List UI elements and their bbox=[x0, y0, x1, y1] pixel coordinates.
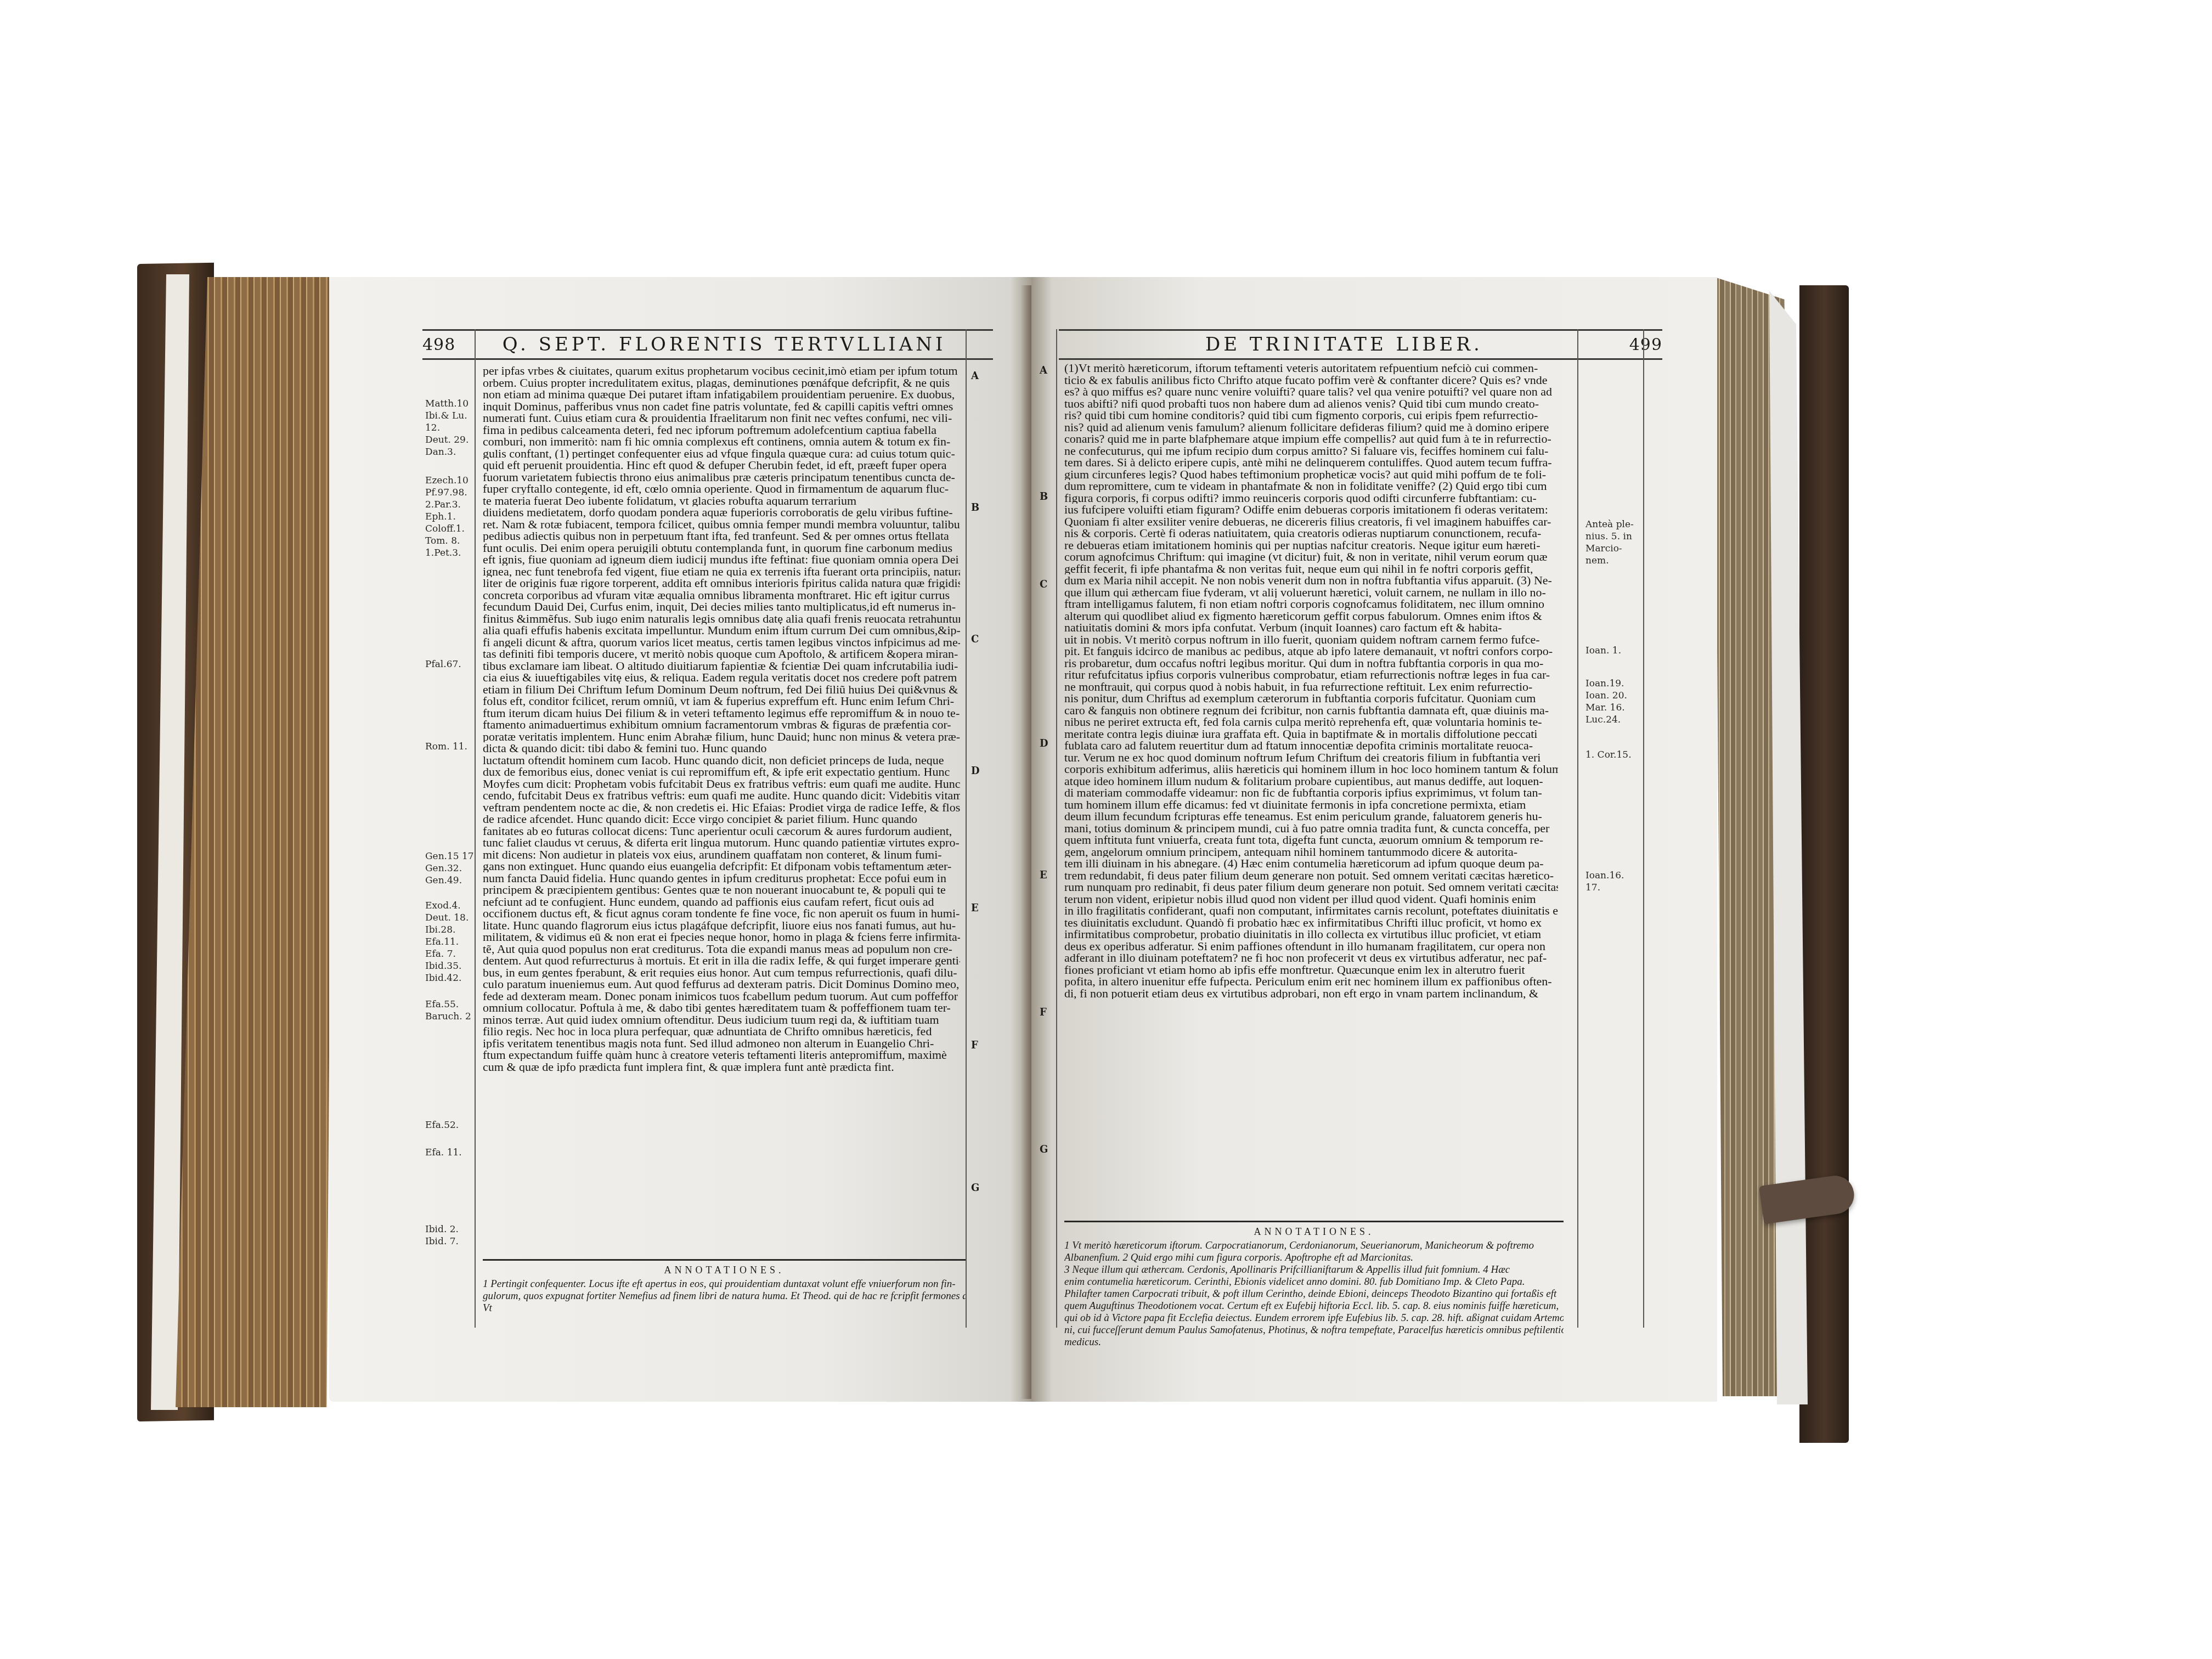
right-annotations: ANNOTATIONES. 1 Vt meritò hæreticorum if… bbox=[1064, 1221, 1564, 1348]
right-running-title: DE TRINITATE LIBER. bbox=[1059, 334, 1629, 356]
body-line: cendo, fufcitabit Deus ex fratribus veft… bbox=[483, 789, 960, 802]
margin-reference: Rom. 11. bbox=[425, 741, 467, 753]
margin-reference: Ibid.35. bbox=[425, 960, 461, 972]
body-line: inquit Dominus, pafferibus vnus non cade… bbox=[483, 400, 960, 413]
margin-reference: Tom. 8. bbox=[425, 535, 460, 547]
open-book: 498 Q. SEPT. FLORENTIS TERTVLLIANI Matth… bbox=[0, 0, 2212, 1659]
body-line: es? à quo miffus es? quare nunc venire v… bbox=[1064, 386, 1558, 398]
body-line: rum nunquam pro redinabit, fi deus pater… bbox=[1064, 881, 1558, 893]
body-line: infirmitatibus comprobetur, probatio diu… bbox=[1064, 928, 1558, 940]
margin-reference: Exod.4. bbox=[425, 900, 461, 912]
section-letter: D bbox=[1040, 738, 1048, 749]
body-line: ne confecuturus, qui me ipfum recipio du… bbox=[1064, 445, 1558, 457]
body-line: omnium collocatur. Poftula à me, & dabo … bbox=[483, 1002, 960, 1014]
section-letter: F bbox=[971, 1040, 978, 1051]
annotation-line: 3 Neque illum qui æthercam. Cerdonis, Ap… bbox=[1064, 1264, 1564, 1276]
body-line: filio regis. Nec hoc in loca plura perfe… bbox=[483, 1025, 960, 1037]
body-line: uit in nobis. Vt meritò corpus noftrum i… bbox=[1064, 634, 1558, 646]
body-line: liter de originis fuæ rigore torperent, … bbox=[483, 577, 960, 589]
body-line: dum ex Maria nihil accepit. Ne non nobis… bbox=[1064, 574, 1558, 586]
right-outer-rule bbox=[1643, 329, 1644, 1328]
body-line: ris probaretur, dum occafus noftri legib… bbox=[1064, 657, 1558, 669]
body-line: adferant in illo diuinam poteftatem? ne … bbox=[1064, 952, 1558, 964]
body-line: tum hominem illum effe dicamus: fed vt d… bbox=[1064, 799, 1558, 811]
body-line: mit dicens: Non audietur in plateis vox … bbox=[483, 849, 960, 861]
body-line: (1)Vt meritò hæreticorum, iftorum teftam… bbox=[1064, 362, 1558, 374]
body-line: mani, totius dominum & principem mundi, … bbox=[1064, 822, 1558, 834]
body-line: deus ex operibus adferatur. Si enim paff… bbox=[1064, 940, 1558, 952]
left-section-rule bbox=[966, 329, 967, 1328]
right-annotations-title: ANNOTATIONES. bbox=[1064, 1226, 1564, 1238]
margin-reference: 17. bbox=[1585, 882, 1600, 894]
margin-reference: Ezech.10 bbox=[425, 475, 469, 487]
margin-reference: Efa. 7. bbox=[425, 948, 456, 960]
margin-reference: Efa.55. bbox=[425, 998, 459, 1011]
body-line: tas definiti fibi temporis ducere, vt me… bbox=[483, 648, 960, 660]
left-margin-rule bbox=[475, 329, 476, 1328]
left-annotations-title: ANNOTATIONES. bbox=[483, 1264, 966, 1276]
margin-reference: Eph.1. bbox=[425, 511, 456, 523]
annotation-line: quem Auguftinus Theodotionem vocat. Cert… bbox=[1064, 1300, 1564, 1312]
body-line: orbem. Cuius propter incredulitatem exit… bbox=[483, 377, 960, 389]
body-line: ftamento animaduertimus exhibitum omnium… bbox=[483, 719, 960, 731]
body-line: di, fi non potuerit etiam deus ex virtut… bbox=[1064, 988, 1558, 1000]
body-line: fecundum Dauid Dei, Curfus enim, inquit,… bbox=[483, 601, 960, 613]
body-line: gans non extinguet. Hunc quando eius eua… bbox=[483, 860, 960, 872]
left-page: 498 Q. SEPT. FLORENTIS TERTVLLIANI Matth… bbox=[329, 277, 1031, 1402]
body-line: di materiam commodaffe videamur: non fic… bbox=[1064, 787, 1558, 799]
section-letter: F bbox=[1040, 1007, 1047, 1018]
margin-reference: 12. bbox=[425, 422, 440, 434]
margin-reference: Ibid.42. bbox=[425, 972, 461, 984]
section-letter: E bbox=[1040, 870, 1047, 881]
section-letter: A bbox=[1040, 365, 1047, 376]
body-line: gulis conftant, (1) pertinget confequent… bbox=[483, 448, 960, 460]
body-line: dentem. Aut quod refurrecturus à mortuis… bbox=[483, 955, 960, 967]
body-line: poratæ veritatis implentem. Hunc enim Ab… bbox=[483, 731, 960, 743]
body-line: Moyfes cum dicit: Prophetam vobis fufcit… bbox=[483, 778, 960, 790]
body-line: fima in pedibus calceamenta deteri, fed … bbox=[483, 424, 960, 436]
body-line: minos terræ. Aut quid iudex omnium often… bbox=[483, 1014, 960, 1026]
annotation-line: ni, cui fucceſſerunt demum Paulus Samofa… bbox=[1064, 1324, 1564, 1336]
body-line: etiam in filium Dei Chriftum Iefum Domin… bbox=[483, 684, 960, 696]
body-line: funt oculis. Dei enim opera peruigili ob… bbox=[483, 542, 960, 554]
section-letter: B bbox=[971, 502, 979, 513]
body-line: bus, in eum gentes fperabunt, & erit req… bbox=[483, 967, 960, 979]
right-cover-board bbox=[1799, 285, 1849, 1443]
body-line: ftram intelligamus falutem, fi non etiam… bbox=[1064, 598, 1558, 610]
margin-reference: Efa.11. bbox=[425, 936, 459, 948]
body-line: trem redundabit, fi deus pater filium de… bbox=[1064, 870, 1558, 882]
margin-reference: Ibid. 7. bbox=[425, 1235, 459, 1248]
body-line: caro & fanguis non obtinere regnum dei f… bbox=[1064, 704, 1558, 716]
body-line: principem & præcipientem gentibus: Gente… bbox=[483, 884, 960, 896]
body-line: fuorum varietatem fubiectis throno eius … bbox=[483, 471, 960, 483]
body-line: nis & corporis. Certè fi oderas natiuita… bbox=[1064, 527, 1558, 539]
body-line: nis ponitur, dum Chriftus ad exemplum cæ… bbox=[1064, 692, 1558, 704]
margin-reference: Pfal.67. bbox=[425, 658, 461, 670]
body-line: meritate contra legis diuinæ iura graffa… bbox=[1064, 728, 1558, 740]
body-line: fublata caro ad falutem reuertitur dum a… bbox=[1064, 740, 1558, 752]
body-line: pit. Et fanguis idcirco de manibus ac pe… bbox=[1064, 645, 1558, 657]
body-line: te materia fuerat Deo iubente folidatum,… bbox=[483, 495, 960, 507]
annotation-line: medicus. bbox=[1064, 1336, 1564, 1348]
margin-reference: Mar. 16. bbox=[1585, 702, 1625, 714]
body-line: ius fufcipere voluifti etiam figuram? Od… bbox=[1064, 504, 1558, 516]
body-line: tes diuinitatis excludunt. Quandò fi pro… bbox=[1064, 917, 1558, 929]
body-line: luctatum oftendit hominem cum Iacob. Hun… bbox=[483, 754, 960, 766]
margin-reference: Gen.49. bbox=[425, 874, 462, 887]
annotation-line: 1 Vt meritò hæreticorum iftorum. Carpocr… bbox=[1064, 1240, 1564, 1252]
body-line: Quoniam fi alter exsiliter venire debuer… bbox=[1064, 516, 1558, 528]
section-letter: E bbox=[971, 902, 979, 914]
body-line: quid eft peruenit prouidentia. Hinc eft … bbox=[483, 459, 960, 471]
body-line: occifionem ductus eft, & ficut agnus cor… bbox=[483, 907, 960, 919]
body-line: diuidens medietatem, dorfo quodam ponder… bbox=[483, 506, 960, 518]
margin-reference: Ibi.& Lu. bbox=[425, 410, 467, 422]
body-line: fiones proficiant vt etiam homo ab ipfis… bbox=[1064, 964, 1558, 976]
body-line: tur. Verum ne ex hoc quod dominum noftru… bbox=[1064, 752, 1558, 764]
section-letter: C bbox=[1040, 579, 1047, 590]
body-line: folus eft, conditor fcilicet, rerum omni… bbox=[483, 695, 960, 707]
left-annotations: ANNOTATIONES. 1 Pertingit confequenter. … bbox=[483, 1259, 966, 1314]
body-line: dux de femoribus eius, donec veniat is c… bbox=[483, 766, 960, 778]
margin-reference: Ibid. 2. bbox=[425, 1223, 459, 1235]
section-letter: G bbox=[1040, 1144, 1048, 1155]
body-line: dum repromittere, cum te videam in phant… bbox=[1064, 480, 1558, 492]
annotation-line: 1 Pertingit confequenter. Locus ifte eft… bbox=[483, 1278, 966, 1290]
body-line: num fancta Dauid fidelia. Hunc quando ge… bbox=[483, 872, 960, 884]
body-line: comburi, non immeritò: nam fi hic omnia … bbox=[483, 436, 960, 448]
body-line: gem, angelorum omnium principem, antequa… bbox=[1064, 846, 1558, 858]
body-line: litate. Hunc quando flagrorum eius ictus… bbox=[483, 919, 960, 932]
body-line: geffit fecerit, fi ipfe phantafma & non … bbox=[1064, 563, 1558, 575]
right-body-text: (1)Vt meritò hæreticorum, iftorum teftam… bbox=[1064, 362, 1558, 999]
margin-reference: Ioan.19. bbox=[1585, 678, 1624, 690]
body-line: eft ignis, fiue quoniam ad igneum diem i… bbox=[483, 554, 960, 566]
body-line: ignea, nec funt tenebrofa fed vigent, fi… bbox=[483, 566, 960, 578]
body-line: terum non vident, eripietur nobis illud … bbox=[1064, 893, 1558, 905]
left-body-text: per ipfas vrbes & ciuitates, quarum exit… bbox=[483, 365, 960, 1073]
body-line: ipfis veritatem tenentibus magis nota fu… bbox=[483, 1037, 960, 1049]
margin-reference: Matth.10 bbox=[425, 398, 469, 410]
body-line: fuper cryftallo contegente, id eft, cœlo… bbox=[483, 483, 960, 495]
margin-reference: Baruch. 2 bbox=[425, 1011, 471, 1023]
margin-reference: Efa.52. bbox=[425, 1119, 459, 1131]
body-line: pedibus adiectis quibus non in perpetuum… bbox=[483, 530, 960, 542]
margin-reference: Efa. 11. bbox=[425, 1147, 462, 1159]
margin-reference: 1. Cor.15. bbox=[1585, 749, 1632, 761]
body-line: fi angeli dicunt & aftra, quorum varios … bbox=[483, 636, 960, 648]
body-line: re debueras etiam imitationem hominis qu… bbox=[1064, 539, 1558, 551]
right-section-rule bbox=[1056, 329, 1057, 1328]
body-line: deum illum fecundum fcripturas effe tene… bbox=[1064, 810, 1558, 822]
body-line: ftum expectandum fuiffe quàm hunc à crea… bbox=[483, 1049, 960, 1061]
body-line: concreta corporibus ad vfuram vitæ æqual… bbox=[483, 589, 960, 601]
body-line: culo paratum inueniemus eum. Aut quod fe… bbox=[483, 978, 960, 990]
section-letter: C bbox=[971, 634, 979, 645]
left-running-head: 498 Q. SEPT. FLORENTIS TERTVLLIANI bbox=[422, 329, 993, 360]
body-line: nefciunt ad te confugient. Hunc eundem, … bbox=[483, 896, 960, 908]
body-line: non etiam ad minima quæque Dei putaret i… bbox=[483, 388, 960, 400]
annotation-line: qui ob id à Victore papa fit Ecclefia de… bbox=[1064, 1312, 1564, 1324]
body-line: corum agnofcimus Chriftum: qui imagine (… bbox=[1064, 551, 1558, 563]
body-line: tunc faliet claudus vt ceruus, & diferta… bbox=[483, 837, 960, 849]
body-line: veftram pendentem nocte ac die, & non cr… bbox=[483, 802, 960, 814]
margin-reference: Anteà ple- bbox=[1585, 518, 1634, 531]
section-letter: A bbox=[971, 370, 979, 382]
body-line: ris? quid tibi cum homine conditoris? qu… bbox=[1064, 409, 1558, 421]
body-line: de radice afcendet. Hunc quando dicit: E… bbox=[483, 813, 960, 825]
body-line: nis? quid ad alienum venis famulum? alie… bbox=[1064, 421, 1558, 433]
section-letter: B bbox=[1040, 491, 1048, 503]
body-line: tẽ, Aut quia quod populus non erat credi… bbox=[483, 943, 960, 955]
body-line: ret. Nam & rotæ fubiacent, tempora fcili… bbox=[483, 518, 960, 531]
right-page-number: 499 bbox=[1629, 335, 1662, 354]
body-line: nibus ne periret extructa eft, fed fola … bbox=[1064, 716, 1558, 728]
margin-reference: Ibi.28. bbox=[425, 924, 455, 936]
margin-reference: Gen.32. bbox=[425, 862, 462, 874]
body-line: ftum iterum dicam huius Dei filium & in … bbox=[483, 707, 960, 719]
margin-reference: Ioan. 1. bbox=[1585, 645, 1621, 657]
body-line: finitus &immẽfus. Sub iugo enim naturali… bbox=[483, 613, 960, 625]
body-line: per ipfas vrbes & ciuitates, quarum exit… bbox=[483, 365, 960, 377]
margin-reference: Gen.15 17 bbox=[425, 850, 474, 862]
body-line: pofita, in altero inuenitur effe fufpect… bbox=[1064, 975, 1558, 988]
right-page: DE TRINITATE LIBER. 499 Anteà ple-nius. … bbox=[1031, 277, 1717, 1402]
body-line: in illo fragilitatis confiderant, quafi … bbox=[1064, 905, 1558, 917]
margin-reference: nius. 5. in bbox=[1585, 531, 1632, 543]
body-line: que illum qui æthercam fiue fyderam, vt … bbox=[1064, 586, 1558, 599]
annotation-line: Philafter tamen Carpocrati tribuit, & po… bbox=[1064, 1288, 1564, 1300]
annotation-line: Vt bbox=[483, 1302, 966, 1314]
margin-reference: Ioan. 20. bbox=[1585, 690, 1627, 702]
body-line: fanitates ab eo futuras collocat dicens:… bbox=[483, 825, 960, 837]
body-line: ritur refufcitatus ipfius corporis vulne… bbox=[1064, 669, 1558, 681]
body-line: natiuitatis domini & mors ipfa confutat.… bbox=[1064, 622, 1558, 634]
margin-reference: Deut. 18. bbox=[425, 912, 469, 924]
margin-reference: 1.Pet.3. bbox=[425, 547, 461, 559]
body-line: cum & quæ de ipfo prædicta funt implera … bbox=[483, 1061, 960, 1073]
body-line: dicta & quando dicit: tibi dabo & femini… bbox=[483, 742, 960, 754]
body-line: figura corporis, fi corpus odifti? immo … bbox=[1064, 492, 1558, 504]
left-running-title: Q. SEPT. FLORENTIS TERTVLLIANI bbox=[455, 334, 993, 356]
body-line: conaris? quid me in parte blafphemare at… bbox=[1064, 433, 1558, 445]
body-line: alia quafi effufis habenis excitata impe… bbox=[483, 624, 960, 636]
left-annotation-lines: 1 Pertingit confequenter. Locus ifte eft… bbox=[483, 1278, 966, 1314]
left-page-number: 498 bbox=[422, 335, 455, 354]
body-line: atque ideo hominem illum nudum & folitar… bbox=[1064, 775, 1558, 787]
body-line: fede ad dexteram meam. Donec ponam inimi… bbox=[483, 990, 960, 1002]
right-annotation-lines: 1 Vt meritò hæreticorum iftorum. Carpocr… bbox=[1064, 1240, 1564, 1348]
annotation-line: gulorum, quos expugnat fortiter Nemefius… bbox=[483, 1290, 966, 1302]
margin-reference: Dan.3. bbox=[425, 446, 456, 458]
margin-reference: nem. bbox=[1585, 555, 1609, 567]
body-line: ne monftrauit, qui corpus quod à nobis h… bbox=[1064, 681, 1558, 693]
body-line: tem dares. Si à delicto eripere cupis, a… bbox=[1064, 456, 1558, 469]
body-line: ticio & ex fabulis anilibus ficto Chrift… bbox=[1064, 374, 1558, 386]
margin-reference: 2.Par.3. bbox=[425, 499, 461, 511]
margin-reference: Luc.24. bbox=[1585, 714, 1621, 726]
body-line: corporis exhibitum adferimus, aliis hære… bbox=[1064, 763, 1558, 775]
body-line: quem inftituta funt vniuerfa, creata fun… bbox=[1064, 834, 1558, 846]
body-line: tem illi diuinam in his abnegare. (4) Hæ… bbox=[1064, 857, 1558, 870]
right-running-head: DE TRINITATE LIBER. 499 bbox=[1059, 329, 1662, 360]
body-line: tuos abifti? nifi quod probafti tuos non… bbox=[1064, 398, 1558, 410]
section-letter: G bbox=[971, 1182, 979, 1194]
right-margin-rule bbox=[1577, 329, 1578, 1328]
body-line: alterum qui quodlibet aliud ex figmento … bbox=[1064, 610, 1558, 622]
body-line: cia eius & iuueftigabiles vitę eius, & r… bbox=[483, 672, 960, 684]
margin-reference: Marcio- bbox=[1585, 543, 1622, 555]
body-line: gium circunferes legis? Quod habes tefti… bbox=[1064, 469, 1558, 481]
annotation-line: enim contumelia hæreticorum. Cerinthi, E… bbox=[1064, 1276, 1564, 1288]
annotation-line: Albanenfium. 2 Quid ergo mihi cum figura… bbox=[1064, 1252, 1564, 1264]
body-line: tibus exclamare iam libeat. O altitudo d… bbox=[483, 660, 960, 672]
margin-reference: Pf.97.98. bbox=[425, 487, 467, 499]
margin-reference: Ioan.16. bbox=[1585, 870, 1624, 882]
margin-reference: Deut. 29. bbox=[425, 434, 469, 446]
body-line: militatem, & vidimus eū & non erat ei fp… bbox=[483, 931, 960, 943]
body-line: numerati funt. Cuius etiam cura & prouid… bbox=[483, 412, 960, 424]
margin-reference: Coloff.1. bbox=[425, 523, 465, 535]
section-letter: D bbox=[971, 765, 980, 777]
